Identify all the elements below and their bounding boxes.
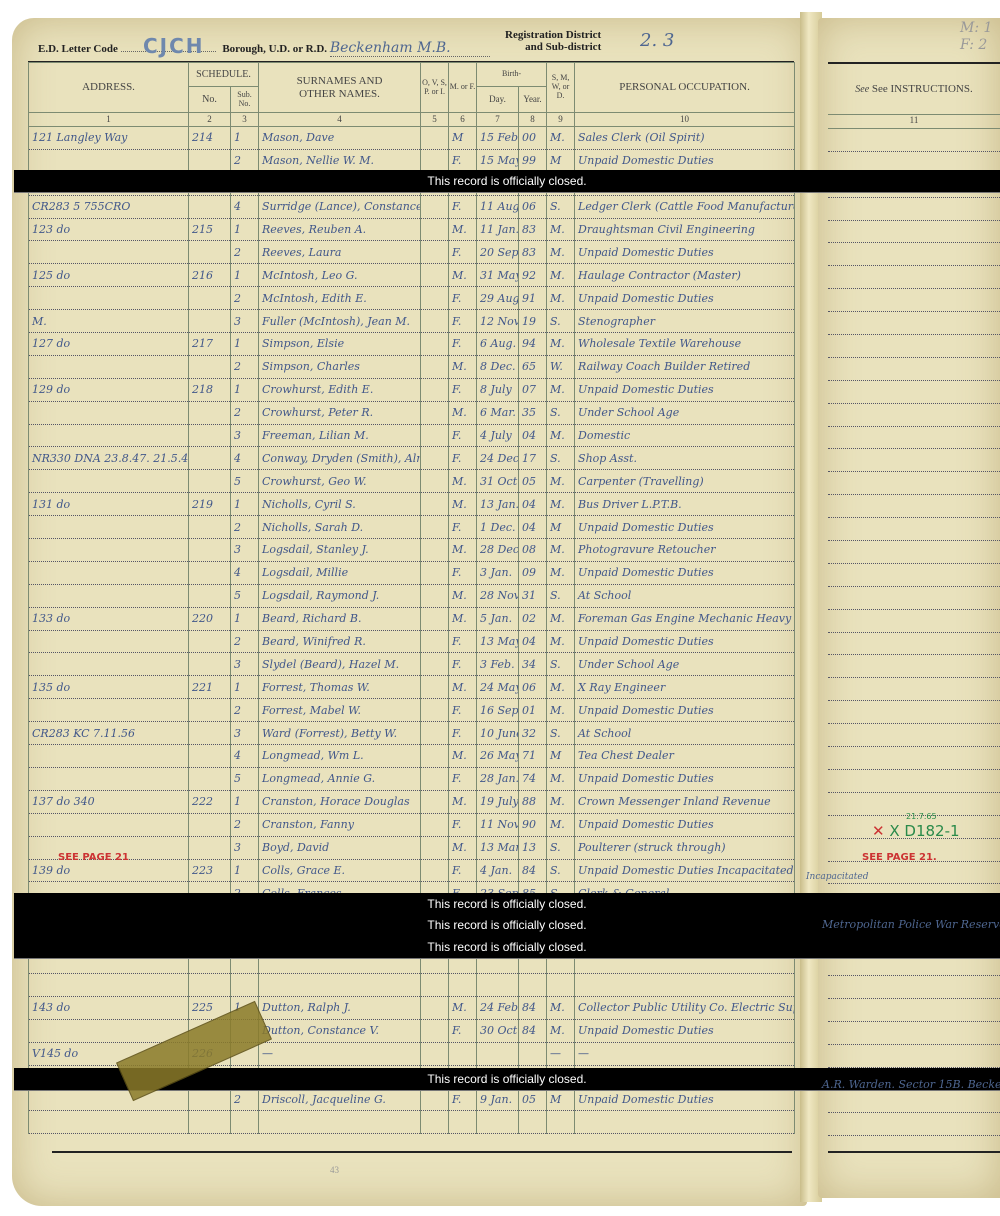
marital-cell: M. [547, 1019, 575, 1042]
occupation-cell: Wholesale Textile Warehouse [575, 333, 795, 356]
borough-value: Beckenham M.B. [330, 40, 490, 57]
name-cell: Reeves, Laura [259, 241, 421, 264]
schedule-no-cell [189, 561, 231, 584]
sex-cell: F. [449, 813, 477, 836]
birth-day-cell: 24 May [477, 676, 519, 699]
schedule-no-cell [189, 516, 231, 539]
table-row: CR283 KC 7.11.563Ward (Forrest), Betty W… [29, 722, 795, 745]
schedule-sub-cell: 5 [231, 767, 259, 790]
schedule-sub-cell: 3 [231, 310, 259, 333]
schedule-no-cell [189, 745, 231, 768]
birth-day-cell: 3 Jan. [477, 561, 519, 584]
ovspi-cell [421, 1111, 449, 1134]
schedule-no-cell [189, 539, 231, 562]
ovspi-cell [421, 310, 449, 333]
birth-year-cell: 01 [519, 699, 547, 722]
name-cell: Logsdail, Millie [259, 561, 421, 584]
name-cell: McIntosh, Edith E. [259, 287, 421, 310]
marital-cell: M. [547, 539, 575, 562]
col-number-7: 7 [477, 113, 519, 127]
instructions-line [828, 243, 1000, 266]
sex-cell: F. [449, 241, 477, 264]
schedule-no-cell [189, 424, 231, 447]
occupation-cell: — [575, 1042, 795, 1065]
sex-cell: M. [449, 355, 477, 378]
address-cell [29, 561, 189, 584]
birth-year-cell: 04 [519, 424, 547, 447]
schedule-sub-cell: 2 [231, 813, 259, 836]
name-cell [259, 973, 421, 996]
birth-year-cell: 00 [519, 127, 547, 150]
occupation-cell: Unpaid Domestic Duties [575, 699, 795, 722]
instructions-line [828, 518, 1000, 541]
schedule-no-cell [189, 722, 231, 745]
address-cell [29, 1019, 189, 1042]
schedule-sub-cell: 2 [231, 401, 259, 424]
birth-year-cell: 19 [519, 310, 547, 333]
sex-cell [449, 1111, 477, 1134]
birth-day-cell: 31 Oct. [477, 470, 519, 493]
ovspi-cell [421, 1042, 449, 1065]
occupation-cell: Unpaid Domestic Duties [575, 287, 795, 310]
ovspi-cell [421, 767, 449, 790]
table-row: Dutton, Constance V.F.30 Oct.84M.Unpaid … [29, 1019, 795, 1042]
occupation-cell: Carpenter (Travelling) [575, 470, 795, 493]
col-instructions: See See INSTRUCTIONS. [828, 62, 1000, 115]
table-row: 2Simpson, CharlesM.8 Dec.65W.Railway Coa… [29, 355, 795, 378]
occupation-cell: Unpaid Domestic Duties [575, 1019, 795, 1042]
schedule-sub-cell: 2 [231, 516, 259, 539]
sex-cell: F. [449, 653, 477, 676]
col-birth: Birth- [477, 63, 547, 87]
address-cell: 137 do 340 [29, 790, 189, 813]
schedule-sub-cell: 1 [231, 607, 259, 630]
name-cell: Cranston, Horace Douglas [259, 790, 421, 813]
occupation-cell: Crown Messenger Inland Revenue [575, 790, 795, 813]
schedule-sub-cell: 1 [231, 218, 259, 241]
marital-cell: M. [547, 996, 575, 1019]
occupation-cell: Ledger Clerk (Cattle Food Manufacturer) [575, 195, 795, 218]
col-schedule: SCHEDULE. [189, 63, 259, 87]
sex-cell: F. [449, 1019, 477, 1042]
marital-cell: S. [547, 195, 575, 218]
name-cell: Driscoll, Jacqueline G. [259, 1088, 421, 1111]
birth-day-cell: 11 Jan. [477, 218, 519, 241]
sex-cell: M [449, 127, 477, 150]
table-row: 2McIntosh, Edith E.F.29 Aug.91M.Unpaid D… [29, 287, 795, 310]
occupation-cell: Haulage Contractor (Master) [575, 264, 795, 287]
marital-cell: S. [547, 401, 575, 424]
registration-value: 2. 3 [640, 30, 674, 51]
birth-day-cell: 8 Dec. [477, 355, 519, 378]
ovspi-cell [421, 241, 449, 264]
name-cell: Reeves, Reuben A. [259, 218, 421, 241]
marital-cell: M. [547, 813, 575, 836]
birth-day-cell [477, 1111, 519, 1134]
occupation-cell: Under School Age [575, 401, 795, 424]
table-row: CR283 5 755CRO4Surridge (Lance), Constan… [29, 195, 795, 218]
col-birth-year: Year. [519, 87, 547, 113]
table-row: 5Logsdail, Raymond J.M.28 Nov.31S.At Sch… [29, 584, 795, 607]
name-cell: Longmead, Wm L. [259, 745, 421, 768]
occupation-cell: Tea Chest Dealer [575, 745, 795, 768]
table-row: 2Crowhurst, Peter R.M.6 Mar.35S.Under Sc… [29, 401, 795, 424]
marital-cell: — [547, 1042, 575, 1065]
address-cell [29, 1088, 189, 1111]
table-row: 125 do2161McIntosh, Leo G.M.31 May92M.Ha… [29, 264, 795, 287]
occupation-cell: Unpaid Domestic Duties [575, 378, 795, 401]
table-row: 2Cranston, FannyF.11 Nov.90M.Unpaid Dome… [29, 813, 795, 836]
schedule-sub-cell: 5 [231, 584, 259, 607]
ovspi-cell [421, 333, 449, 356]
instructions-line [828, 129, 1000, 152]
birth-year-cell: 32 [519, 722, 547, 745]
birth-year-cell: 31 [519, 584, 547, 607]
name-cell: Simpson, Elsie [259, 333, 421, 356]
closed-record-banner: This record is officially closed. [14, 893, 1000, 916]
birth-day-cell: 28 Nov. [477, 584, 519, 607]
ovspi-cell [421, 584, 449, 607]
schedule-sub-cell: 3 [231, 539, 259, 562]
birth-year-cell [519, 973, 547, 996]
birth-year-cell: 04 [519, 630, 547, 653]
sex-cell: F. [449, 767, 477, 790]
instructions-line [828, 747, 1000, 770]
schedule-no-cell [189, 1111, 231, 1134]
marital-cell: S. [547, 722, 575, 745]
ovspi-cell [421, 859, 449, 882]
instructions-line [828, 655, 1000, 678]
ovspi-cell [421, 539, 449, 562]
schedule-sub-cell: 2 [231, 1088, 259, 1111]
ed-letter-code-row: E.D. Letter Code Borough, U.D. or R.D. B… [38, 40, 490, 57]
registration-label: Registration District and Sub-district [505, 30, 601, 53]
ovspi-cell [421, 195, 449, 218]
right-totals: M: 1 F: 2 [960, 20, 992, 54]
occupation-cell: Sales Clerk (Oil Spirit) [575, 127, 795, 150]
sex-cell [449, 973, 477, 996]
address-cell [29, 584, 189, 607]
schedule-no-cell: 218 [189, 378, 231, 401]
instructions-line [828, 1022, 1000, 1045]
name-cell: Crowhurst, Geo W. [259, 470, 421, 493]
instructions-line [828, 1090, 1000, 1113]
instructions-line [828, 587, 1000, 610]
birth-year-cell: 90 [519, 813, 547, 836]
schedule-sub-cell [231, 1111, 259, 1134]
table-row: 3Freeman, Lilian M.F.4 July04M.Domestic [29, 424, 795, 447]
occupation-cell: Shop Asst. [575, 447, 795, 470]
birth-day-cell: 8 July [477, 378, 519, 401]
birth-year-cell: 34 [519, 653, 547, 676]
sex-cell: F. [449, 333, 477, 356]
sex-cell: M. [449, 745, 477, 768]
birth-year-cell: 05 [519, 470, 547, 493]
name-cell: Boyd, David [259, 836, 421, 859]
sex-cell: F. [449, 516, 477, 539]
address-cell [29, 973, 189, 996]
ovspi-cell [421, 355, 449, 378]
ovspi-cell [421, 722, 449, 745]
name-cell: McIntosh, Leo G. [259, 264, 421, 287]
sex-cell: F. [449, 722, 477, 745]
birth-year-cell: 84 [519, 996, 547, 1019]
census-table: ADDRESS. SCHEDULE. SURNAMES AND OTHER NA… [28, 62, 795, 1134]
occupation-cell: Unpaid Domestic Duties [575, 561, 795, 584]
name-cell: Forrest, Mabel W. [259, 699, 421, 722]
marital-cell: S. [547, 859, 575, 882]
ovspi-cell [421, 630, 449, 653]
occupation-cell: Domestic [575, 424, 795, 447]
col-marital: S, M, W, or D. [547, 63, 575, 113]
closed-record-banner: This record is officially closed. [14, 936, 1000, 959]
birth-year-cell: 92 [519, 264, 547, 287]
instructions-line [828, 999, 1000, 1022]
instructions-line [828, 289, 1000, 312]
footer-rule-right [828, 1151, 1000, 1153]
schedule-no-cell: 216 [189, 264, 231, 287]
occupation-cell: X Ray Engineer [575, 676, 795, 699]
schedule-no-cell [189, 1088, 231, 1111]
schedule-no-cell: 214 [189, 127, 231, 150]
closed-record-banner: This record is officially closed. [14, 170, 1000, 193]
sex-cell: M. [449, 996, 477, 1019]
schedule-no-cell [189, 630, 231, 653]
see-page-annotation-right: SEE PAGE 21. [862, 852, 937, 863]
schedule-no-cell: 223 [189, 859, 231, 882]
col-number-11: 11 [828, 115, 1000, 129]
birth-year-cell: 17 [519, 447, 547, 470]
birth-year-cell: 08 [519, 539, 547, 562]
schedule-sub-cell: 5 [231, 470, 259, 493]
occupation-cell: Unpaid Domestic Duties [575, 516, 795, 539]
occupation-cell: Under School Age [575, 653, 795, 676]
table-row: 139 do2231Colls, Grace E.F.4 Jan.84S.Unp… [29, 859, 795, 882]
address-cell [29, 424, 189, 447]
schedule-sub-cell: 1 [231, 333, 259, 356]
birth-day-cell: 24 Feb. [477, 996, 519, 1019]
schedule-sub-cell: 3 [231, 424, 259, 447]
ovspi-cell [421, 493, 449, 516]
marital-cell: M. [547, 470, 575, 493]
instructions-line [828, 358, 1000, 381]
instructions-line [828, 610, 1000, 633]
name-cell: Mason, Dave [259, 127, 421, 150]
instructions-line [828, 404, 1000, 427]
right-note-short: Incapacitated [806, 872, 869, 882]
table-row: NR330 DNA 23.8.47. 21.5.49. CKF. M.4Conw… [29, 447, 795, 470]
schedule-sub-cell: 1 [231, 676, 259, 699]
instructions-line [828, 701, 1000, 724]
marital-cell: W. [547, 355, 575, 378]
marital-cell: M. [547, 378, 575, 401]
schedule-sub-cell: 2 [231, 287, 259, 310]
schedule-no-cell [189, 355, 231, 378]
name-cell: Crowhurst, Peter R. [259, 401, 421, 424]
marital-cell: S. [547, 310, 575, 333]
table-row: 135 do2211Forrest, Thomas W.M.24 May06M.… [29, 676, 795, 699]
ovspi-cell [421, 561, 449, 584]
sex-cell: M. [449, 470, 477, 493]
ovspi-cell [421, 1019, 449, 1042]
occupation-cell: Foreman Gas Engine Mechanic Heavy Work [575, 607, 795, 630]
name-cell: Fuller (McIntosh), Jean M. [259, 310, 421, 333]
instructions-line [828, 1045, 1000, 1068]
birth-year-cell: 09 [519, 561, 547, 584]
col-surnames: SURNAMES AND OTHER NAMES. [259, 63, 421, 113]
marital-cell: M. [547, 127, 575, 150]
birth-day-cell: 28 Jan. [477, 767, 519, 790]
schedule-no-cell: 217 [189, 333, 231, 356]
birth-year-cell: 06 [519, 676, 547, 699]
occupation-cell: At School [575, 722, 795, 745]
col-number-5: 5 [421, 113, 449, 127]
sex-cell: M. [449, 676, 477, 699]
birth-day-cell: 26 May [477, 745, 519, 768]
census-rows: 121 Langley Way2141Mason, DaveM15 Feb.00… [29, 127, 795, 1134]
name-cell: Crowhurst, Edith E. [259, 378, 421, 401]
name-cell: Conway, Dryden (Smith), Alma Gladys [259, 447, 421, 470]
table-row: 2Reeves, LauraF.20 Sep.83M.Unpaid Domest… [29, 241, 795, 264]
ovspi-cell [421, 401, 449, 424]
schedule-no-cell [189, 653, 231, 676]
birth-year-cell: 91 [519, 287, 547, 310]
birth-year-cell [519, 1042, 547, 1065]
address-cell: CR283 KC 7.11.56 [29, 722, 189, 745]
birth-day-cell: 6 Mar. [477, 401, 519, 424]
marital-cell [547, 973, 575, 996]
address-cell [29, 401, 189, 424]
birth-day-cell: 30 Oct. [477, 1019, 519, 1042]
instructions-line [828, 472, 1000, 495]
col-birth-day: Day. [477, 87, 519, 113]
instructions-line [828, 678, 1000, 701]
occupation-cell [575, 973, 795, 996]
birth-year-cell: 88 [519, 790, 547, 813]
instructions-line [828, 312, 1000, 335]
schedule-no-cell [189, 401, 231, 424]
instructions-line [828, 381, 1000, 404]
schedule-sub-cell: 3 [231, 836, 259, 859]
birth-year-cell: 84 [519, 1019, 547, 1042]
birth-year-cell: 35 [519, 401, 547, 424]
ovspi-cell [421, 516, 449, 539]
marital-cell: M. [547, 241, 575, 264]
col-number-2: 2 [189, 113, 231, 127]
sex-cell: F. [449, 287, 477, 310]
name-cell: Cranston, Fanny [259, 813, 421, 836]
closed-record-row [29, 973, 795, 996]
name-cell: Beard, Winifred R. [259, 630, 421, 653]
address-cell: 123 do [29, 218, 189, 241]
right-note-police: Metropolitan Police War Reserve [822, 918, 1000, 931]
address-cell [29, 745, 189, 768]
schedule-sub-cell: 3 [231, 653, 259, 676]
schedule-no-cell [189, 447, 231, 470]
address-cell [29, 241, 189, 264]
name-cell: Nicholls, Sarah D. [259, 516, 421, 539]
name-cell: Dutton, Constance V. [259, 1019, 421, 1042]
sex-cell: M. [449, 539, 477, 562]
schedule-sub-cell: 2 [231, 630, 259, 653]
marital-cell: S. [547, 584, 575, 607]
occupation-cell: Unpaid Domestic Duties [575, 813, 795, 836]
name-cell: Nicholls, Cyril S. [259, 493, 421, 516]
marital-cell: S. [547, 447, 575, 470]
instructions-line [828, 770, 1000, 793]
address-cell: 125 do [29, 264, 189, 287]
marital-cell: S. [547, 836, 575, 859]
address-cell [29, 767, 189, 790]
address-cell: CR283 5 755CRO [29, 195, 189, 218]
sex-cell: F. [449, 699, 477, 722]
marital-cell: M. [547, 561, 575, 584]
col-occupation: PERSONAL OCCUPATION. [575, 63, 795, 113]
name-cell [259, 1111, 421, 1134]
occupation-cell: At School [575, 584, 795, 607]
birth-day-cell: 4 July [477, 424, 519, 447]
occupation-cell: Bus Driver L.P.T.B. [575, 493, 795, 516]
birth-year-cell: 06 [519, 195, 547, 218]
birth-day-cell [477, 973, 519, 996]
col-schedule-no: No. [189, 87, 231, 113]
address-cell: 135 do [29, 676, 189, 699]
name-cell: Freeman, Lilian M. [259, 424, 421, 447]
ovspi-cell [421, 447, 449, 470]
ovspi-cell [421, 836, 449, 859]
schedule-sub-cell: 2 [231, 699, 259, 722]
instructions-line [828, 633, 1000, 656]
birth-day-cell: 4 Jan. [477, 859, 519, 882]
marital-cell: M. [547, 790, 575, 813]
table-row: 4Logsdail, MillieF.3 Jan.09M.Unpaid Dome… [29, 561, 795, 584]
address-cell [29, 1111, 189, 1134]
schedule-sub-cell: 2 [231, 241, 259, 264]
schedule-sub-cell [231, 973, 259, 996]
marital-cell: M. [547, 630, 575, 653]
ovspi-cell [421, 470, 449, 493]
ovspi-cell [421, 607, 449, 630]
birth-day-cell: 11 Aug. [477, 195, 519, 218]
schedule-no-cell: 222 [189, 790, 231, 813]
ovspi-cell [421, 378, 449, 401]
address-cell [29, 516, 189, 539]
name-cell: Logsdail, Raymond J. [259, 584, 421, 607]
instructions-line [828, 198, 1000, 221]
ovspi-cell [421, 264, 449, 287]
right-code-annotation: ✕ X D182-1 [872, 822, 960, 840]
schedule-no-cell [189, 973, 231, 996]
address-cell: M. [29, 310, 189, 333]
birth-day-cell: 13 May [477, 630, 519, 653]
birth-year-cell: 04 [519, 493, 547, 516]
address-cell [29, 470, 189, 493]
ovspi-cell [421, 813, 449, 836]
sex-cell: F. [449, 630, 477, 653]
schedule-no-cell [189, 767, 231, 790]
table-row: SEE PAGE 213Boyd, DavidM.13 Mar.13S.Poul… [29, 836, 795, 859]
occupation-cell: Poulterer (struck through) [575, 836, 795, 859]
table-row: M.3Fuller (McIntosh), Jean M.F.12 Nov.19… [29, 310, 795, 333]
instructions-line [828, 266, 1000, 289]
table-row: 131 do2191Nicholls, Cyril S.M.13 Jan.04M… [29, 493, 795, 516]
sex-cell: F. [449, 447, 477, 470]
sex-cell: M. [449, 264, 477, 287]
marital-cell: M. [547, 218, 575, 241]
schedule-sub-cell: 4 [231, 195, 259, 218]
ovspi-cell [421, 1088, 449, 1111]
sex-cell: M. [449, 836, 477, 859]
